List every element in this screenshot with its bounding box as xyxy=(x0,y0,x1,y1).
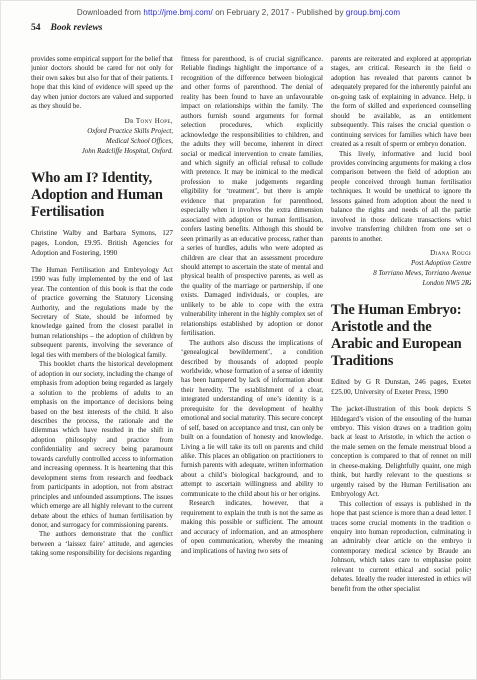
reviewer-affiliation-line: John Radcliffe Hospital, Oxford. xyxy=(31,146,173,156)
review-paragraph: This booklet charts the historical devel… xyxy=(31,360,173,530)
journal-url-link[interactable]: http://jme.bmj.com/ xyxy=(143,8,212,17)
review-paragraph: This lively, informative and lucid book … xyxy=(331,150,471,245)
reviewer-affiliation-line: 8 Torriano Mews, Torriano Avenue, xyxy=(331,268,471,278)
reviewer-affiliation-line: Oxford Practice Skills Project, xyxy=(31,126,173,136)
download-banner-prefix: Downloaded from xyxy=(77,8,144,17)
reviewer-affiliation-line: London NW5 2RZ xyxy=(331,278,471,288)
review-paragraph: The jacket-illustration of this book dep… xyxy=(331,405,471,500)
text-columns: provides some empirical support for the … xyxy=(31,55,471,671)
page-number: 54 xyxy=(31,23,41,33)
reviewer-name: Dr Tony Hope, xyxy=(125,117,173,125)
reviewer-affiliation-line: Post Adoption Centre, xyxy=(331,258,471,268)
review-title-human-embryo: The Human Embryo: Aristotle and the Arab… xyxy=(331,302,471,370)
journal-page: Downloaded from http://jme.bmj.com/ on F… xyxy=(0,0,477,680)
running-head: 54Book reviews xyxy=(31,23,476,33)
column-3: parents are reiterated and explored at a… xyxy=(331,55,471,671)
column-1: provides some empirical support for the … xyxy=(31,55,173,671)
prev-review-closing-paragraph: provides some empirical support for the … xyxy=(31,55,173,112)
review-paragraph: Research indicates, however, that a requ… xyxy=(181,499,323,556)
download-banner: Downloaded from http://jme.bmj.com/ on F… xyxy=(1,1,476,17)
book-imprint: Edited by G R Dunstan, 246 pages, Exeter… xyxy=(331,377,471,397)
reviewer-affiliation-line: Medical School Offices, xyxy=(31,136,173,146)
review-paragraph: This collection of essays is published i… xyxy=(331,500,471,595)
review-paragraph: parents are reiterated and explored at a… xyxy=(331,55,471,150)
section-title: Book reviews xyxy=(51,23,103,33)
review-paragraph: The authors demonstrate that the conflic… xyxy=(31,530,173,558)
book-imprint: Christine Walby and Barbara Symons, 127 … xyxy=(31,228,173,258)
reviewer-signature-2: Diana Rough Post Adoption Centre, 8 Torr… xyxy=(331,248,471,288)
review-title-who-am-i: Who am I? Identity, Adoption and Human F… xyxy=(31,170,173,221)
reviewer-name: Diana Rough xyxy=(430,249,471,257)
column-2: fitness for parenthood, is of crucial si… xyxy=(181,55,323,671)
review-paragraph: The Human Fertilisation and Embryology A… xyxy=(31,266,173,361)
publisher-link[interactable]: group.bmj.com xyxy=(346,8,400,17)
review-paragraph: fitness for parenthood, is of crucial si… xyxy=(181,55,323,339)
reviewer-signature-1: Dr Tony Hope, Oxford Practice Skills Pro… xyxy=(31,116,173,156)
download-banner-middle: on February 2, 2017 - Published by xyxy=(213,8,346,17)
review-paragraph: The authors also discuss the implication… xyxy=(181,339,323,500)
